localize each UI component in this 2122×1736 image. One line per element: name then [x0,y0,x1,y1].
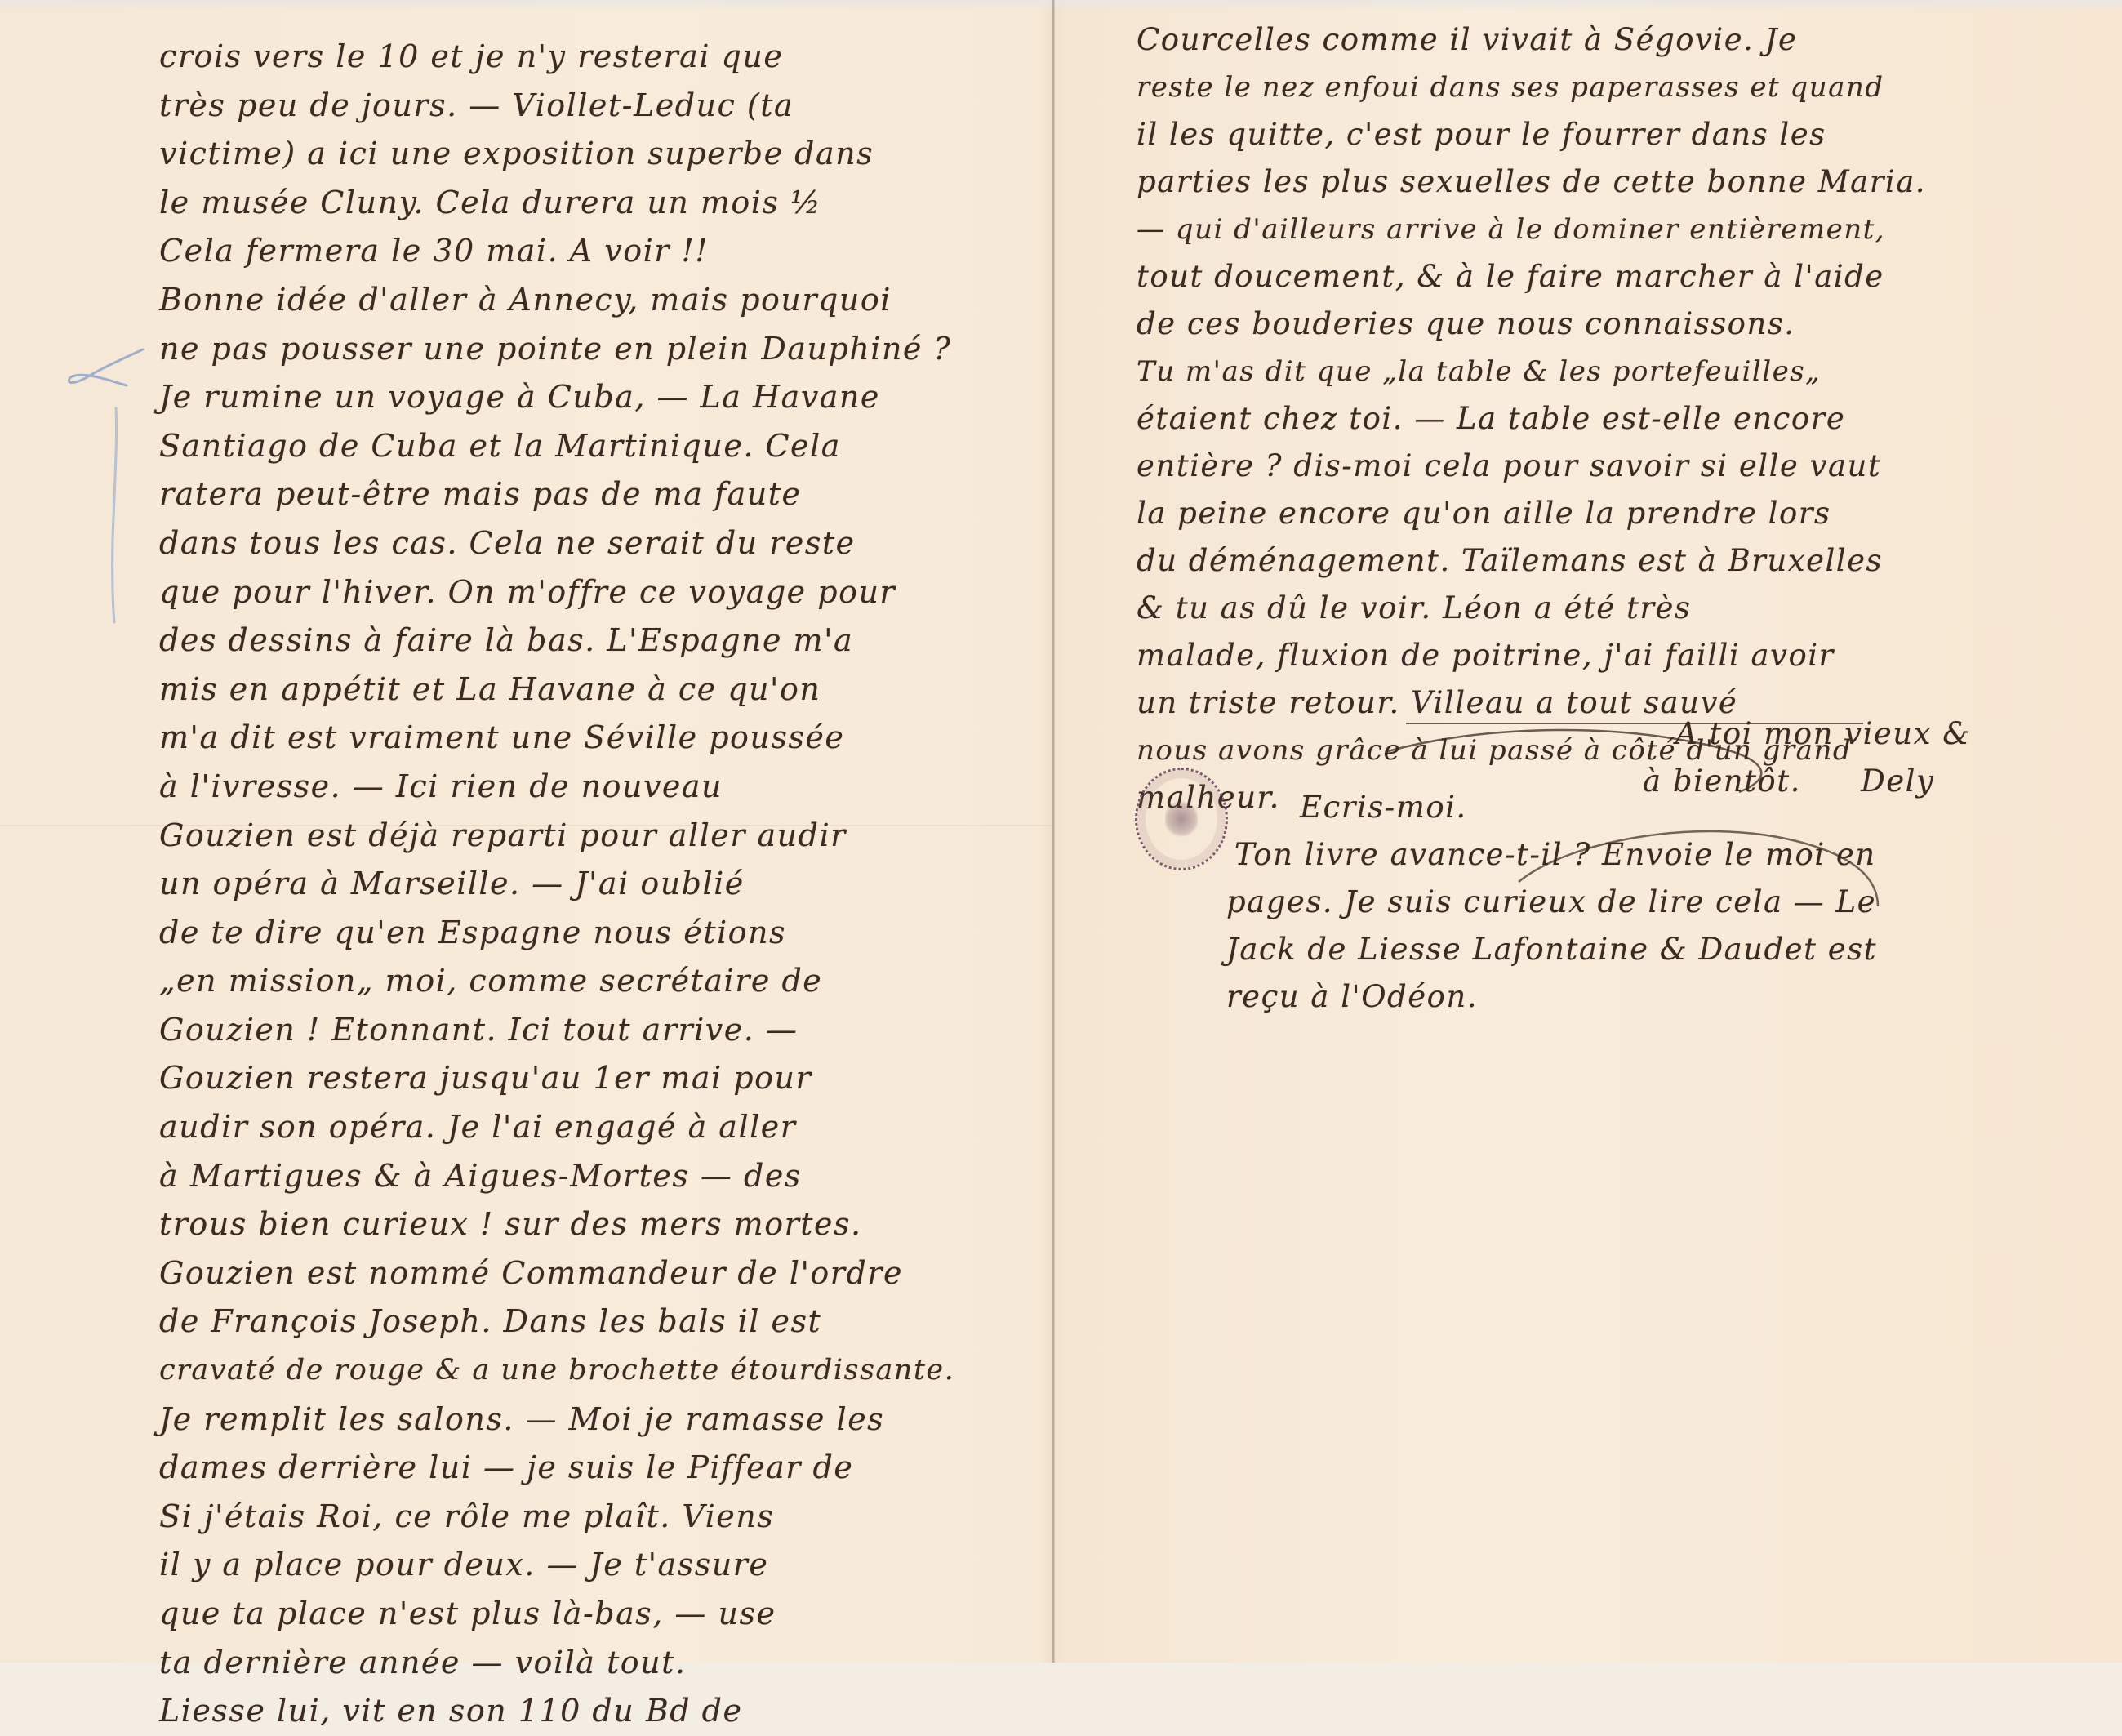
text-line: un opéra à Marseille. — J'ai oublié [159,860,1025,909]
text-line: ratera peut-être mais pas de ma faute [159,470,1025,519]
library-stamp: BIBLIOTHÈQUE ROYALE DE BELGIQUE [1135,768,1228,870]
text-line: il les quitte, c'est pour le fourrer dan… [1137,111,2084,158]
text-line: la peine encore qu'on aille la prendre l… [1137,490,2084,537]
text-line: Je remplit les salons. — Moi je ramasse … [159,1395,1025,1444]
text-line: Gouzien ! Etonnant. Ici tout arrive. — [159,1006,1025,1055]
letter-sheet: crois vers le 10 et je n'y resterai que … [0,0,2122,1663]
text-line: Tu m'as dit que „la table & les portefeu… [1137,348,2084,395]
text-line: „en mission„ moi, comme secrétaire de [159,957,1025,1006]
text-line: m'a dit est vraiment une Séville poussée [159,714,1025,763]
text-line: Gouzien est déjà reparti pour aller audi… [159,812,1025,861]
text-line: Je rumine un voyage à Cuba, — La Havane [159,373,1025,422]
text-line: reçu à l'Odéon. [1226,973,1877,1021]
text-line: Si j'étais Roi, ce rôle me plaît. Viens [159,1493,1025,1542]
text-line: ta dernière année — voilà tout. [159,1639,1025,1663]
text-line: & tu as dû le voir. Léon a été très [1137,585,2084,632]
text-line: Cela fermera le 30 mai. A voir !! [159,227,1025,276]
text-line: que ta place n'est plus là-bas, — use [159,1590,1025,1639]
text-line: de ces bouderies que nous connaissons. [1137,300,2084,348]
text-line: de te dire qu'en Espagne nous étions [159,909,1025,958]
left-page-text: crois vers le 10 et je n'y resterai que … [159,33,1025,1663]
text-line: ne pas pousser une pointe en plein Dauph… [159,325,1025,374]
text-line: cravaté de rouge & a une brochette étour… [159,1347,1025,1395]
text-line: étaient chez toi. — La table est-elle en… [1137,395,2084,443]
left-page: crois vers le 10 et je n'y resterai que … [0,0,1052,1663]
text-line: malade, fluxion de poitrine, j'ai failli… [1137,632,2084,679]
text-line: le musée Cluny. Cela durera un mois ½ [159,179,1025,228]
text-line: à Martigues & à Aigues-Mortes — des [159,1152,1025,1201]
text-line: Santiago de Cuba et la Martinique. Cela [159,422,1025,471]
text-line: dames derrière lui — je suis le Piffear … [159,1444,1025,1493]
text-line: du déménagement. Taïlemans est à Bruxell… [1137,537,2084,585]
right-page-text: Courcelles comme il vivait à Ségovie. Je… [1137,16,2084,821]
text-line: Courcelles comme il vivait à Ségovie. Je [1137,16,2084,64]
text-line: Gouzien est nommé Commandeur de l'ordre [159,1249,1025,1298]
text-line: Gouzien restera jusqu'au 1er mai pour [159,1054,1025,1103]
text-line: que pour l'hiver. On m'offre ce voyage p… [159,568,1025,617]
text-line: victime) a ici une exposition superbe da… [159,130,1025,179]
text-line: tout doucement, & à le faire marcher à l… [1137,253,2084,300]
text-line: des dessins à faire là bas. L'Espagne m'… [159,617,1025,665]
text-line: mis en appétit et La Havane à ce qu'on [159,665,1025,714]
text-line: très peu de jours. — Viollet-Leduc (ta [159,82,1025,131]
text-line: Bonne idée d'aller à Annecy, mais pourqu… [159,276,1025,325]
text-line: à l'ivresse. — Ici rien de nouveau [159,763,1025,812]
text-line: entière ? dis-moi cela pour savoir si el… [1137,443,2084,490]
signature-flourish-icon [1355,719,1927,906]
text-line: reste le nez enfoui dans ses paperasses … [1137,64,2084,111]
text-line: audir son opéra. Je l'ai engagé à aller [159,1103,1025,1152]
text-line: il y a place pour deux. — Je t'assure [159,1541,1025,1590]
text-line: crois vers le 10 et je n'y resterai que [159,33,1025,82]
text-line: de François Joseph. Dans les bals il est [159,1298,1025,1347]
text-line: trous bien curieux ! sur des mers mortes… [159,1200,1025,1249]
text-line: — qui d'ailleurs arrive à le dominer ent… [1137,206,2084,253]
text-line: parties les plus sexuelles de cette bonn… [1137,158,2084,206]
blue-pencil-mark-icon [65,327,155,629]
text-line: Jack de Liesse Lafontaine & Daudet est [1226,926,1877,973]
stamp-emblem-icon [1165,799,1198,839]
text-line: dans tous les cas. Cela ne serait du res… [159,519,1025,568]
